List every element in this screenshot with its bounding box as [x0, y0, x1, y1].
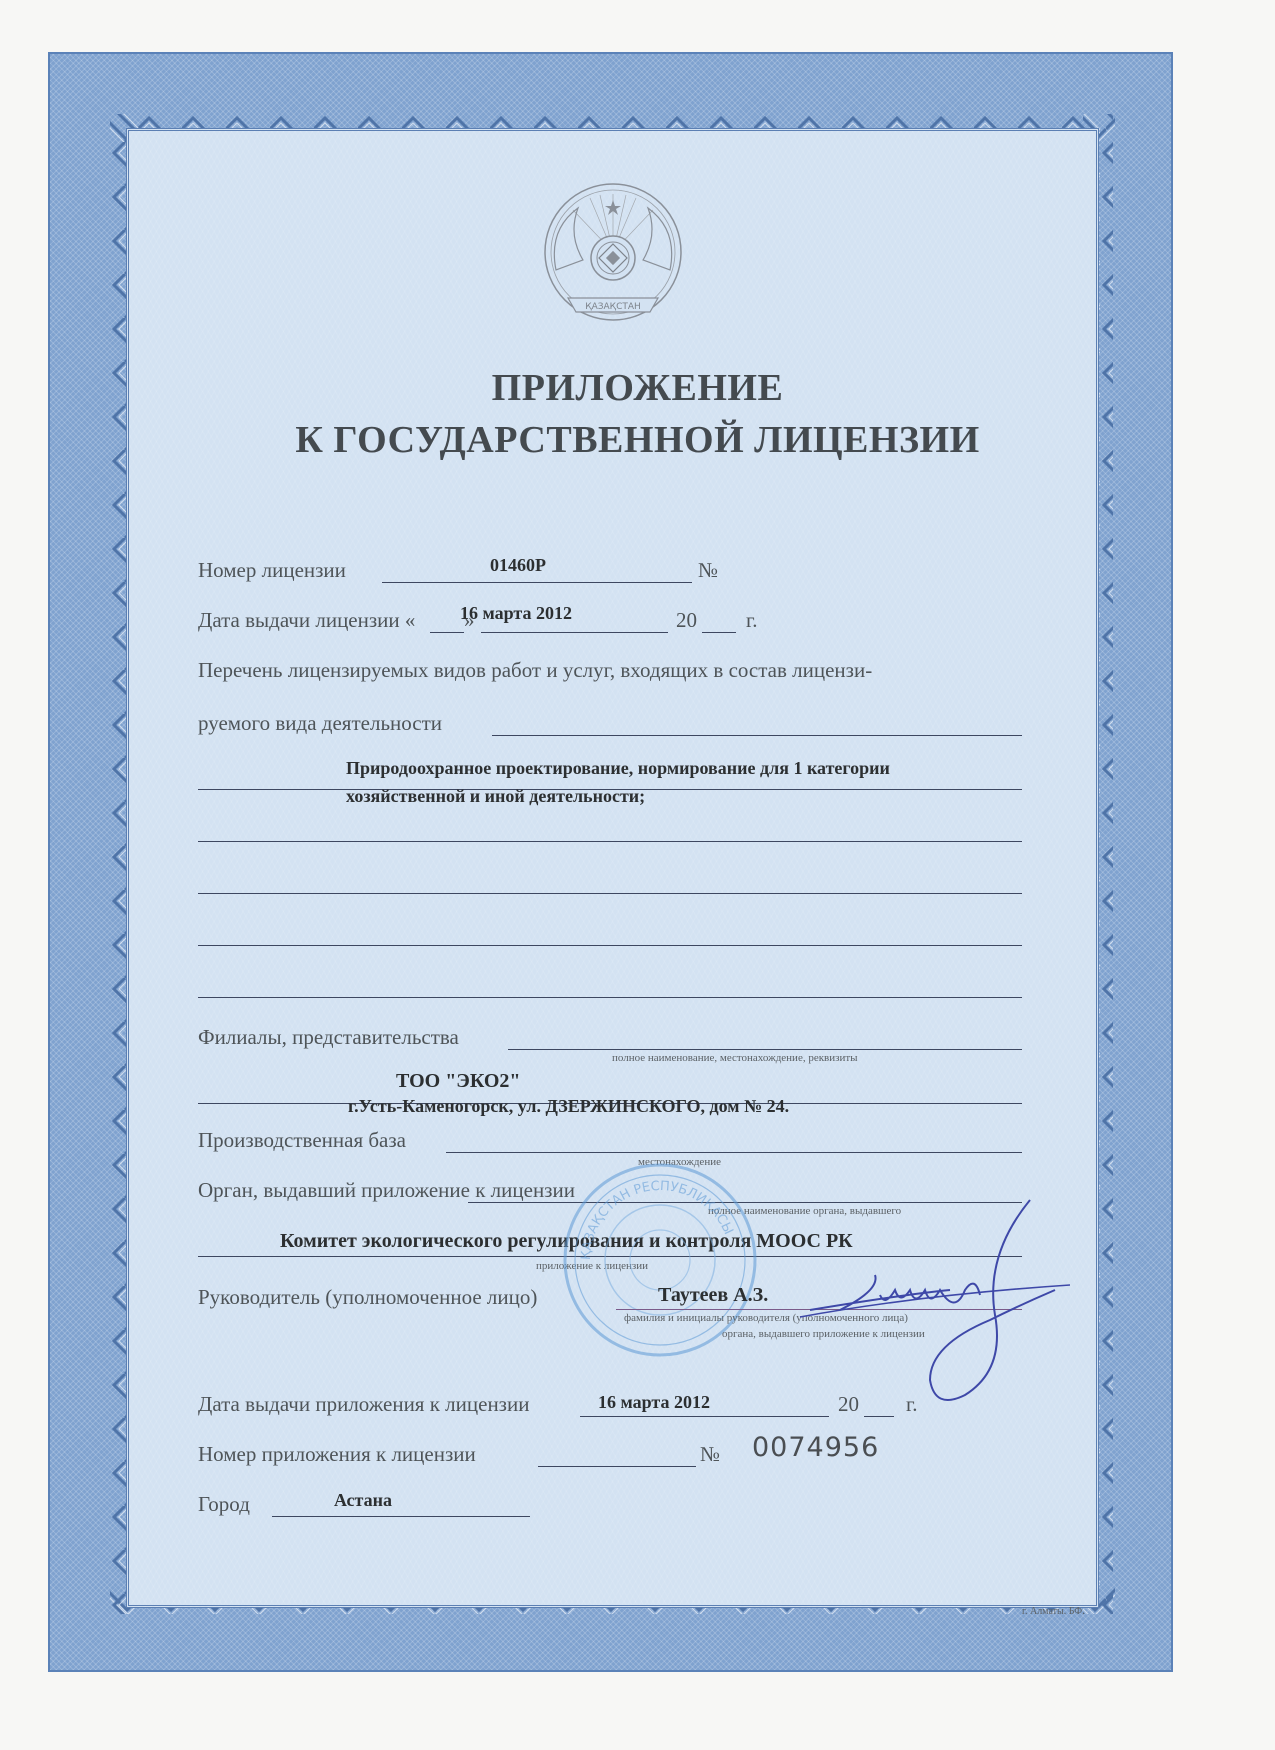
appendix-number-sign: № [700, 1442, 720, 1467]
appendix-year-suffix: г. [906, 1392, 918, 1417]
license-year-prefix: 20 [676, 608, 697, 633]
license-number-sign: № [698, 558, 718, 583]
license-year-line [702, 632, 736, 633]
activities-value-line2: хозяйственной и иной деятельности; [346, 786, 645, 807]
appendix-number-label: Номер приложения к лицензии [198, 1442, 476, 1467]
appendix-date-line [580, 1416, 829, 1417]
license-month-line [481, 632, 668, 633]
city-label: Город [198, 1492, 250, 1517]
activities-line-0 [492, 735, 1022, 736]
license-number-line [382, 582, 692, 583]
branches-value-line1: ТОО "ЭКО2" [396, 1070, 521, 1093]
activities-line-3 [198, 893, 1022, 894]
signature [780, 1195, 1070, 1410]
svg-text:ҚАЗАҚСТАН: ҚАЗАҚСТАН [585, 302, 641, 312]
issuer-label: Орган, выдавший приложение к лицензии [198, 1178, 575, 1203]
appendix-number-line [538, 1466, 696, 1467]
city-value: Астана [334, 1490, 392, 1511]
appendix-date-label: Дата выдачи приложения к лицензии [198, 1392, 529, 1417]
license-year-suffix: г. [746, 608, 758, 633]
printer-mark: г. Алматы. БФ. [1022, 1606, 1085, 1617]
license-date-label: Дата выдачи лицензии « [198, 608, 415, 633]
appendix-date-value: 16 марта 2012 [598, 1392, 710, 1413]
license-number-label: Номер лицензии [198, 558, 346, 583]
appendix-year-line [864, 1416, 894, 1417]
branches-value-line2: г.Усть-Каменогорск, ул. ДЗЕРЖИНСКОГО, до… [348, 1096, 789, 1117]
production-base-label: Производственная база [198, 1128, 406, 1153]
activities-label-line1: Перечень лицензируемых видов работ и усл… [198, 658, 872, 683]
activities-line-5 [198, 997, 1022, 998]
activities-line-2 [198, 841, 1022, 842]
appendix-year-prefix: 20 [838, 1392, 859, 1417]
license-day-line [430, 632, 464, 633]
branches-line-1 [508, 1049, 1022, 1050]
document-title-line1: ПРИЛОЖЕНИЕ [0, 366, 1275, 410]
activities-line-4 [198, 945, 1022, 946]
activities-value-line1: Природоохранное проектирование, нормиров… [346, 758, 890, 779]
city-line [272, 1516, 530, 1517]
svg-text:ҚАЗАҚСТАН РЕСПУБЛИКАСЫ: ҚАЗАҚСТАН РЕСПУБЛИКАСЫ [579, 1179, 736, 1260]
license-number-value: 01460Р [490, 555, 546, 576]
branches-hint: полное наименование, местонахождение, ре… [612, 1052, 858, 1064]
license-date-value: 16 марта 2012 [460, 603, 572, 624]
appendix-serial-number: 0074956 [752, 1432, 879, 1463]
document-title-line2: К ГОСУДАРСТВЕННОЙ ЛИЦЕНЗИИ [0, 418, 1275, 462]
head-label: Руководитель (уполномоченное лицо) [198, 1285, 537, 1310]
activities-label-line2: руемого вида деятельности [198, 711, 442, 736]
branches-label: Филиалы, представительства [198, 1025, 459, 1050]
state-emblem-icon: ҚАЗАҚСТАН [538, 180, 688, 330]
head-value: Таутеев А.З. [658, 1284, 768, 1307]
